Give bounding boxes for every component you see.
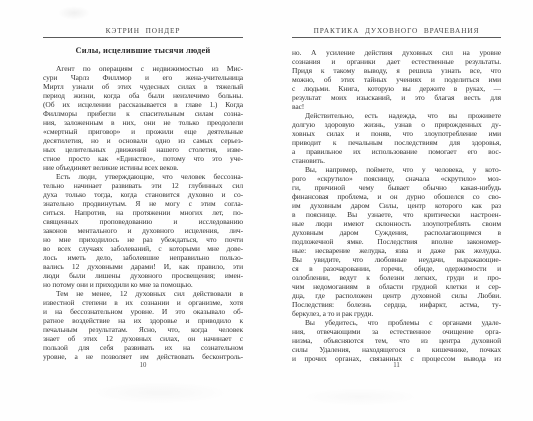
text-line: знает об этих 12 духовных силах, он начи…	[43, 334, 243, 343]
left-page: КЭТРИН ПОНДЕР Силы, исцелившие тысячи лю…	[43, 0, 243, 421]
text-line: Агент по операциям с недвижимостью из Ми…	[43, 64, 243, 73]
text-line: «смертный приговор» и прожили еще деятел…	[43, 127, 243, 136]
text-line: Филлморы прибегли к спасительным силам с…	[43, 109, 243, 118]
book-spread: КЭТРИН ПОНДЕР Силы, исцелившие тысячи лю…	[0, 0, 533, 421]
text-line: вас!	[292, 102, 501, 111]
text-line: ния, заложенным в них, они не только пре…	[43, 118, 243, 127]
right-page: ПРАКТИКА ДУХОВНОГО ВРАЧЕВАНИЯ но. А усил…	[292, 0, 501, 421]
text-line: низма, объясняются тем, что из центра ду…	[292, 336, 501, 345]
text-line: беркулез, а то и рак груди.	[292, 309, 501, 318]
text-line: ние объединяет великие истины всех веков…	[43, 163, 243, 172]
text-line: Придя к такому выводу, я решила узнать в…	[292, 66, 501, 75]
text-line: во всех случаях заболеваний, с которыми …	[43, 244, 243, 253]
text-line: а правильное их использование помогает е…	[292, 147, 501, 156]
text-line: но. А усиление действия духовных сил на …	[292, 48, 501, 57]
text-line: финансовая проблема, и он дурно обошелся…	[292, 192, 501, 201]
text-line: ные: несварение желудка, язва и даже рак…	[292, 246, 501, 255]
text-line: стное просто как «Единство», потому что …	[43, 154, 243, 163]
text-line: Тем не менее, 12 духовных сил действовал…	[43, 289, 243, 298]
text-line: тельно начинает развивать эти 12 глубинн…	[43, 181, 243, 190]
text-line: ги, причиной чему бывает обычно какая-ни…	[292, 183, 501, 192]
text-line: подложечной ямке. Последствия вполне зак…	[292, 237, 501, 246]
text-line: дца, где расположен центр духовной силы …	[292, 291, 501, 300]
text-line: но потому они и приходили ко мне за помо…	[43, 280, 243, 289]
text-line: Вы, например, поймете, что у человека, у…	[292, 165, 501, 174]
text-line: им духовным даром Силы, центр которого к…	[292, 201, 501, 210]
text-line: ных целительных движений нашего столетия…	[43, 145, 243, 154]
text-line: Есть люди, утверждающие, что человек бес…	[43, 172, 243, 181]
text-line: в пояснице. Вы узнаете, что критически н…	[292, 210, 501, 219]
chapter-title: Силы, исцелившие тысячи людей	[43, 46, 243, 55]
text-line: чим недомоганиям в области грудной клетк…	[292, 282, 501, 291]
text-line: озлоблении, ведут к болезни легких, груд…	[292, 273, 501, 282]
text-line: приводит к печальным последствиям для зд…	[292, 138, 501, 147]
left-page-number: 10	[43, 362, 243, 369]
text-line: ся в разочаровании, горечи, обиде, одерж…	[292, 264, 501, 273]
text-line: Миртл узнали об этих чудесных силах в тя…	[43, 82, 243, 91]
text-line: силы Удаления, находящегося в кишечнике,…	[292, 345, 501, 354]
text-line: известной степени в их сознании и органи…	[43, 298, 243, 307]
text-line: духа только тогда, когда становится духо…	[43, 190, 243, 199]
text-line: и на бессознательном уровне. И это оказы…	[43, 307, 243, 316]
text-line: десятилетия, но и основали одно из самых…	[43, 136, 243, 145]
text-line: Действительно, есть надежда, что вы прож…	[292, 111, 501, 120]
text-line: Последствия: болезнь сердца, инфаркт, ас…	[292, 300, 501, 309]
left-page-text: Агент по операциям с недвижимостью из Ми…	[43, 64, 243, 361]
text-line: становить.	[292, 156, 501, 165]
text-line: Вы увидите, что любовные неудачи, выража…	[292, 255, 501, 264]
text-line: с людьми. Книга, которую вы держите в ру…	[292, 84, 501, 93]
text-line: ратное воздействие на их здоровье и прив…	[43, 316, 243, 325]
text-line: печальным результатам. Ясно, что, когда …	[43, 325, 243, 334]
text-line: (Об их исцелении рассказывается в главе …	[43, 100, 243, 109]
left-running-header: КЭТРИН ПОНДЕР	[43, 26, 243, 35]
text-line: долгую здоровую жизнь, узнав о прирожден…	[292, 120, 501, 129]
text-line: священных проповедованию и исследованию	[43, 217, 243, 226]
text-line: можно, об этих тайных учениях и поделить…	[292, 75, 501, 84]
text-line: законов ментального и духовного исцелени…	[43, 226, 243, 235]
text-line: лось иметь дело, заболевшие неправильно …	[43, 253, 243, 262]
text-line: вались 12 духовными дарами! И, как прави…	[43, 262, 243, 271]
text-line: сури Чарлз Филлмор и его жена-учительниц…	[43, 73, 243, 82]
text-line: знательно продвинутым. Я не могу с этим …	[43, 199, 243, 208]
text-line: ния, отвечающими за естественное очищени…	[292, 327, 501, 336]
text-line: ситься. Напротив, на протяжении многих л…	[43, 208, 243, 217]
right-page-number: 11	[292, 362, 501, 369]
right-header-rule	[292, 37, 501, 38]
text-line: ные люди имеют склонность злоупотреблять…	[292, 219, 501, 228]
text-line: Вы убедитесь, что проблемы с органами уд…	[292, 318, 501, 327]
text-line: результат моих изысканий, и это благая в…	[292, 93, 501, 102]
text-line: духовным даром Суждения, располагающимся…	[292, 228, 501, 237]
right-page-text: но. А усиление действия духовных сил на …	[292, 48, 501, 363]
text-line: но мне приходилось не раз убеждаться, чт…	[43, 235, 243, 244]
text-line: люди были лишены духовного просвещения; …	[43, 271, 243, 280]
text-line: уровне, а не позволяет им действовать бе…	[43, 352, 243, 361]
text-line: рого «скрутило» поясницу, сначала «скрут…	[292, 174, 501, 183]
text-line: ховных силах и поняв, что злоупотреблени…	[292, 129, 501, 138]
left-header-rule	[43, 37, 243, 38]
text-line: сознания и органики дает естественные ре…	[292, 57, 501, 66]
right-running-header: ПРАКТИКА ДУХОВНОГО ВРАЧЕВАНИЯ	[292, 26, 501, 35]
text-line: период жизни, когда оба были неизлечимо …	[43, 91, 243, 100]
text-line: пользой для себя развивать их на сознате…	[43, 343, 243, 352]
